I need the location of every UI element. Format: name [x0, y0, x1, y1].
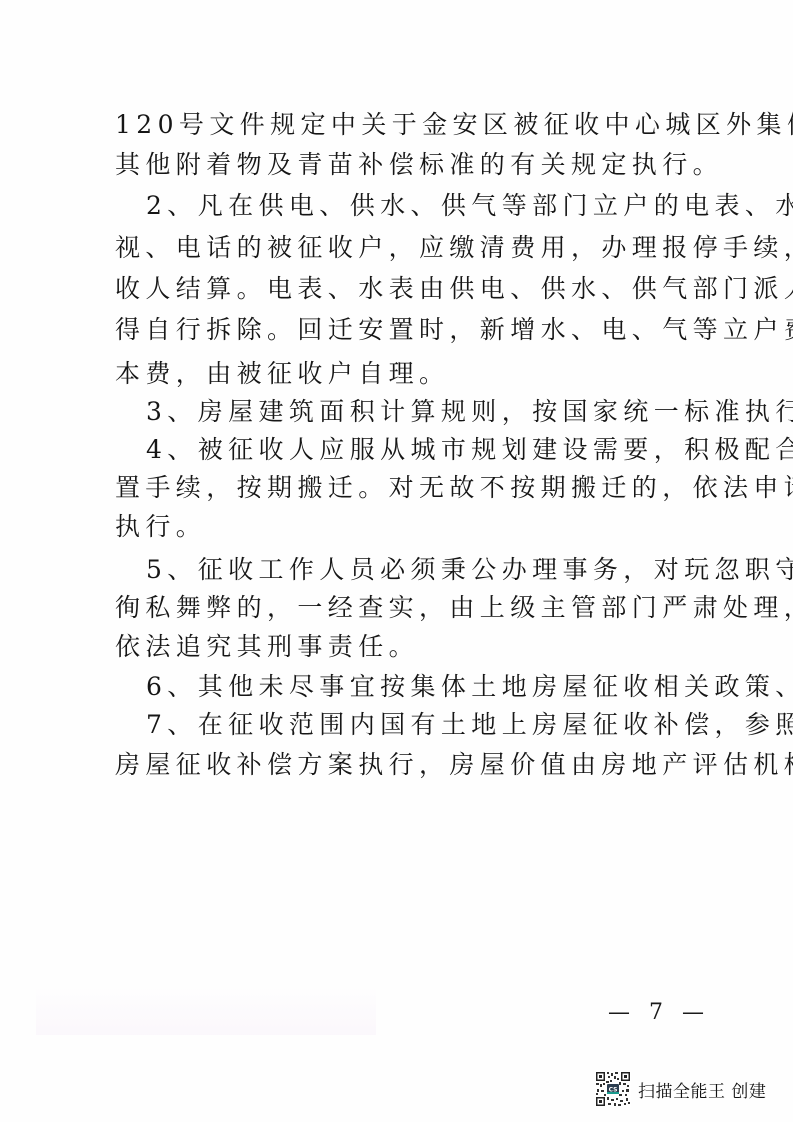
- text-line: 本费，由被征收户自理。: [115, 354, 449, 394]
- clause-4-start: 4、被征收人应服从城市规划建设需要，积极配合办理征收安: [146, 430, 793, 470]
- clause-7-start: 7、在征收范围内国有土地上房屋征收补偿，参照国有土地上: [146, 705, 793, 745]
- text-line: 执行。: [115, 507, 206, 547]
- clause-6: 6、其他未尽事宜按集体土地房屋征收相关政策、法规执行。: [146, 667, 793, 707]
- text-line: 120号文件规定中关于金安区被征收中心城区外集体土地上房屋、: [115, 105, 793, 145]
- text-line: 房屋征收补偿方案执行，房屋价值由房地产评估机构评估确定。: [115, 745, 793, 785]
- text-line: 收人结算。电表、水表由供电、供水、供气部门派人拆除，用户不: [115, 269, 793, 309]
- text-line: 置手续，按期搬迁。对无故不按期搬迁的，依法申请人民法院强制: [115, 468, 793, 508]
- text-line: 依法追究其刑事责任。: [115, 627, 419, 667]
- clause-5-start: 5、征收工作人员必须秉公办理事务，对玩忽职守、滥用职权、: [146, 550, 793, 590]
- clause-2-start: 2、凡在供电、供水、供气等部门立户的电表、水表、有线电: [146, 186, 793, 226]
- watermark-text: 扫描全能王 创建: [638, 1077, 766, 1102]
- text-line: 其他附着物及青苗补偿标准的有关规定执行。: [115, 145, 723, 185]
- text-line: 视、电话的被征收户，应缴清费用，办理报停手续，凭报停单与征: [115, 228, 793, 268]
- document-page: 120号文件规定中关于金安区被征收中心城区外集体土地上房屋、 其他附着物及青苗补…: [0, 0, 793, 1122]
- scan-artifact: [36, 985, 376, 1035]
- text-line: 徇私舞弊的，一经查实，由上级主管部门严肃处理，构成犯罪的，: [115, 588, 793, 628]
- text-line: 得自行拆除。回迁安置时，新增水、电、气等立户费和节能设施成: [115, 310, 793, 350]
- qr-code-icon: CS: [595, 1071, 631, 1107]
- page-number: — 7 —: [608, 1000, 710, 1025]
- scanner-watermark: CS 扫描全能王 创建: [595, 1071, 766, 1107]
- clause-3: 3、房屋建筑面积计算规则，按国家统一标准执行。: [146, 392, 793, 432]
